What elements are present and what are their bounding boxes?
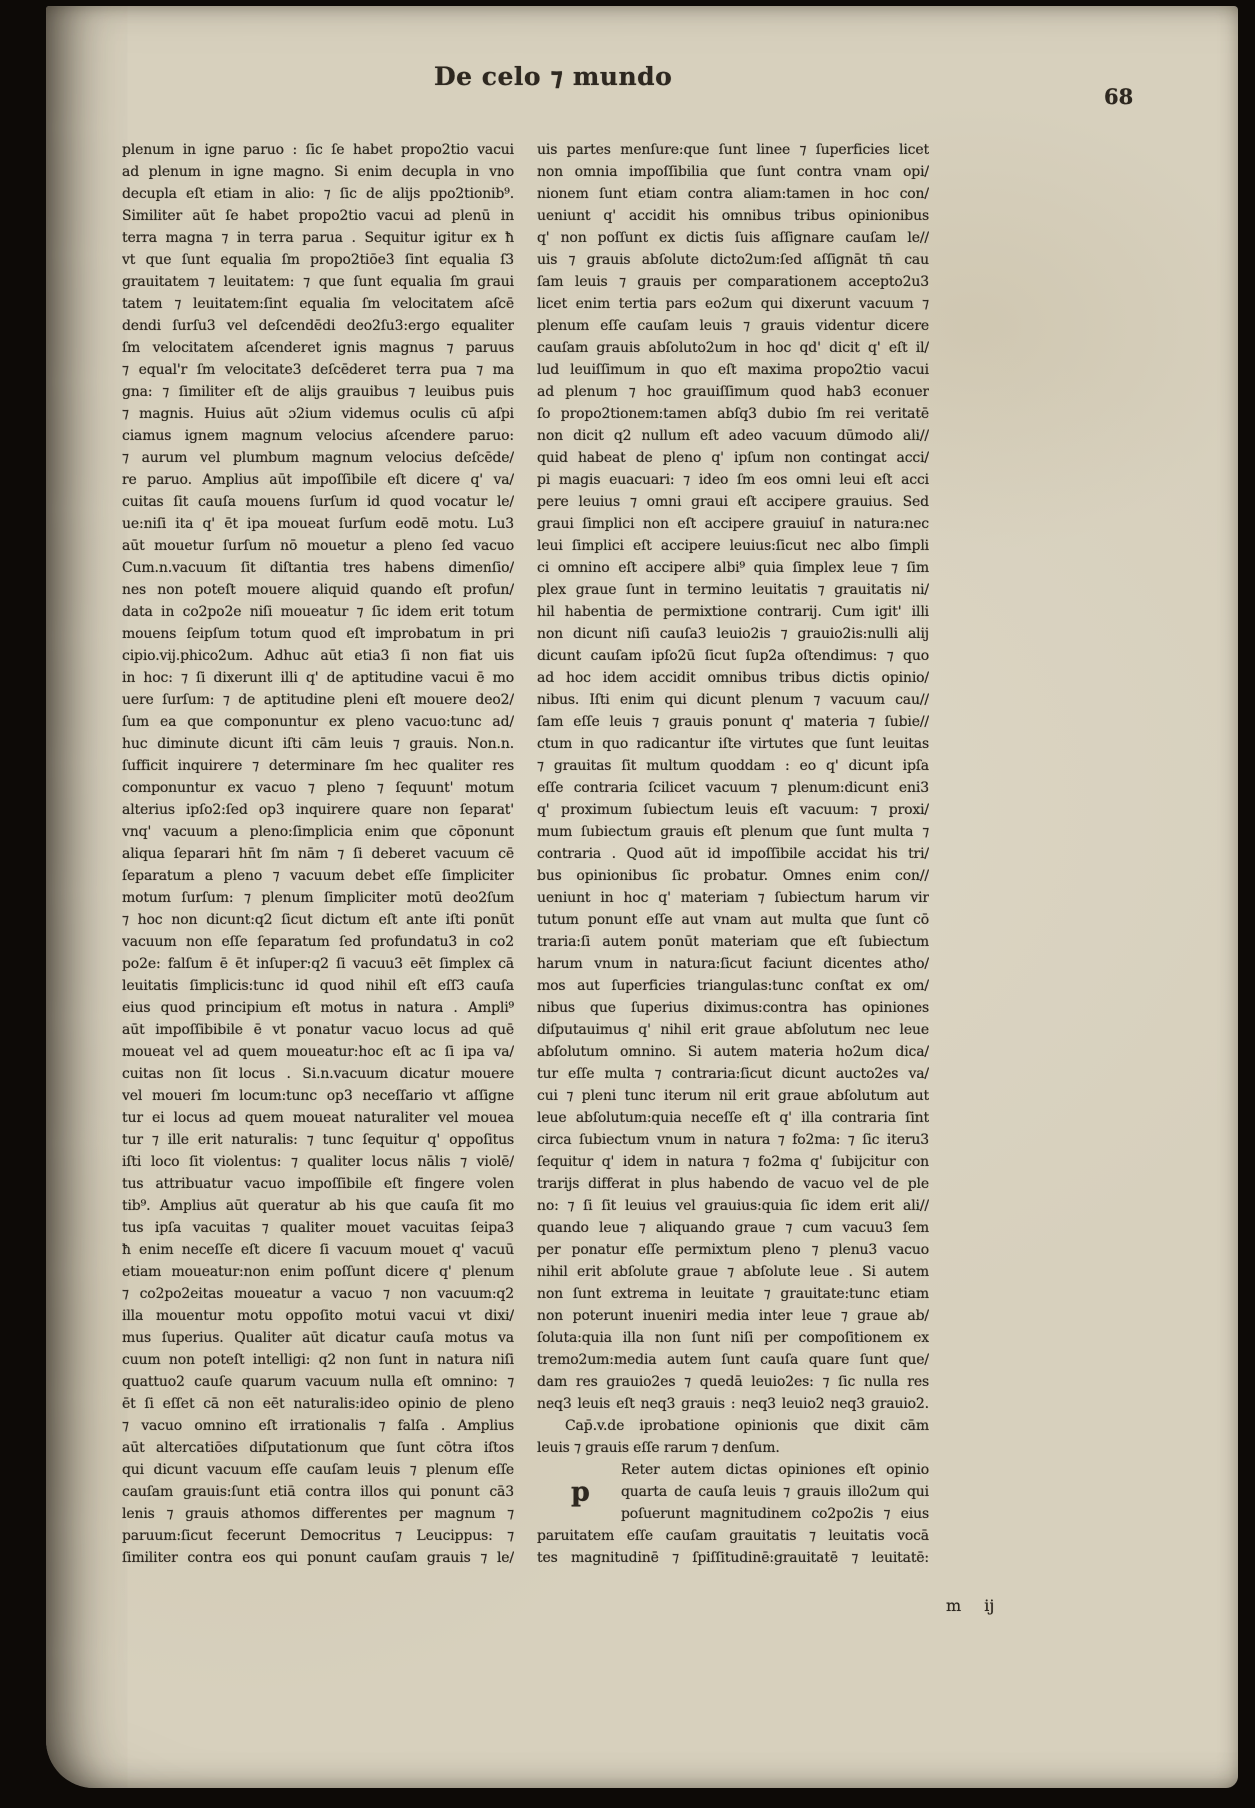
text-line: per ponatur eſſe permixtum pleno ⁊ plenu… [537,1239,929,1261]
text-line: ad hoc idem accidit omnibus tribus dicti… [537,667,929,689]
text-line: data in co2po2e niſi moueatur ⁊ ſic idem… [122,601,514,623]
text-line: tes magnitudinē ⁊ ſpiſſitudinē:grauitatē… [537,1547,929,1569]
text-line: quarta de cauſa leuis ⁊ grauis illo2um q… [621,1481,929,1503]
signature-mark: m ij [946,1596,994,1615]
text-line: aūt altercatiōes diſputationum que ſunt … [122,1437,514,1459]
text-line: hil habentia de permixtione contrarij. C… [537,601,929,623]
text-line: neq3 leuis eſt neq3 grauis : neq3 leuio2… [537,1393,929,1415]
text-line: bus opinionibus ſic probatur. Omnes enim… [537,865,929,887]
text-line: non dicit q2 nullum eſt adeo vacuum dūmo… [537,425,929,447]
text-line: licet enim tertia pars eo2um qui dixerun… [537,293,929,315]
text-line: leuitatis ſimplicis:tunc id quod nihil e… [122,975,514,997]
left-column: plenum in igne paruo : ſic ſe habet prop… [122,139,514,1569]
text-line: ēt ſi eſſet cā non eēt naturalis:ideo op… [122,1393,514,1415]
text-line: ſo propo2tionem:tamen abſq3 dubio ſm rei… [537,403,929,425]
text-line: cuum non poteſt intelligi: q2 non ſunt i… [122,1349,514,1371]
text-line: po2e: falſum ē ēt inſuper:q2 ſi vacuu3 e… [122,953,514,975]
text-line: q' proximum ſubiectum leuis eſt vacuum: … [537,799,929,821]
text-line: abſolutum omnino. Si autem materia ho2um… [537,1041,929,1063]
text-block: plenum in igne paruo : ſic ſe habet prop… [46,139,1238,1569]
running-title: De celo ⁊ mundo [434,62,672,91]
text-line: plenum in igne paruo : ſic ſe habet prop… [122,139,514,161]
text-line: uis partes menſure:que ſunt linee ⁊ ſupe… [537,139,929,161]
chapter-heading-line: leuis ⁊ grauis eſſe rarum ⁊ denſum. [537,1437,929,1459]
text-line: ſam eſſe leuis ⁊ grauis ponunt q' materi… [537,711,929,733]
text-line: mos aut ſuperficies triangulas:tunc conſ… [537,975,929,997]
text-line: ci omnino eſt accipere albi⁹ quia ſimple… [537,557,929,579]
text-line: aūt mouetur ſurſum nō mouetur a pleno ſe… [122,535,514,557]
text-line: lenis ⁊ grauis athomos differentes per m… [122,1503,514,1525]
text-line: cuitas ſit cauſa mouens ſurſum id quod v… [122,491,514,513]
text-line: ad plenum ⁊ hoc grauiſſimum quod hab3 ec… [537,381,929,403]
text-line: mum ſubiectum grauis eſt plenum que ſunt… [537,821,929,843]
right-column-text: uis partes menſure:que ſunt linee ⁊ ſupe… [537,139,929,1415]
text-line: lud leuiſſimum in quo eſt maxima propo2t… [537,359,929,381]
text-line: ⁊ hoc non dicunt:q2 ſicut dictum eſt ant… [122,909,514,931]
text-line: moueat vel ad quem moueatur:hoc eſt ac ſ… [122,1041,514,1063]
text-line: tur ei locus ad quem moueat naturaliter … [122,1107,514,1129]
text-line: uis ⁊ grauis abſolute dicto2um:ſed aſſig… [537,249,929,271]
text-line: ħ enim neceſſe eſt dicere ſi vacuum moue… [122,1239,514,1261]
text-line: dendi ſurſu3 vel deſcendēdi deo2ſu3:ergo… [122,315,514,337]
right-column: uis partes menſure:que ſunt linee ⁊ ſupe… [537,139,929,1569]
text-line: ciamus ignem magnum velocius aſcendere p… [122,425,514,447]
text-line: tutum ponunt eſſe aut vnam aut multa que… [537,909,929,931]
text-line: ſufficit inquirere ⁊ determinare ſm hec … [122,755,514,777]
text-line: huc diminute dicunt iſti cām leuis ⁊ gra… [122,733,514,755]
chapter-heading-line: Cap̄.v.de iprobatione opinionis que dixi… [537,1415,929,1437]
text-line: tur ⁊ ille erit naturalis: ⁊ tunc ſequit… [122,1129,514,1151]
text-line: tus attribuatur vacuo impoſſibile eſt fi… [122,1173,514,1195]
text-line: in hoc: ⁊ ſi dixerunt illi q' de aptitud… [122,667,514,689]
text-line: eius quod principium eſt motus in natura… [122,997,514,1019]
text-line: dam res grauio2es ⁊ quedā leuio2es: ⁊ ſi… [537,1371,929,1393]
text-line: ⁊ grauitas ſit multum quoddam : eo q' di… [537,755,929,777]
text-line: ſequitur q' idem in natura ⁊ fo2ma q' ſu… [537,1151,929,1173]
text-line: paruum:ſicut fecerunt Democritus ⁊ Leuci… [122,1525,514,1547]
text-line: etiam moueatur:non enim poſſunt dicere q… [122,1261,514,1283]
text-line: quattuo2 cauſe quarum vacuum nulla eſt o… [122,1371,514,1393]
text-line: nihil erit abſolute graue ⁊ abſolute leu… [537,1261,929,1283]
text-line: contraria . Quod aūt id impoſſibile acci… [537,843,929,865]
text-line: nionem ſunt etiam contra aliam:tamen in … [537,183,929,205]
text-line: non ſunt extrema in leuitate ⁊ grauitate… [537,1283,929,1305]
text-line: mus ſuperius. Qualiter aūt dicatur cauſa… [122,1327,514,1349]
text-line: ue:niſi ita q' ēt ipa moueat ſurſum eodē… [122,513,514,535]
text-line: cauſam grauis abſoluto2um in hoc qd' dic… [537,337,929,359]
text-line: aliqua ſeparari hn̄t ſm nām ⁊ ſi deberet… [122,843,514,865]
text-line: traria:ſi autem ponūt materiam que eſt ſ… [537,931,929,953]
text-line: diſputauimus q' nihil erit graue abſolut… [537,1019,929,1041]
text-line: ſm velocitatem aſcenderet ignis magnus ⁊… [122,337,514,359]
text-line: qui dicunt vacuum eſſe cauſam leuis ⁊ pl… [122,1459,514,1481]
text-line: Similiter aūt ſe habet propo2tio vacui a… [122,205,514,227]
text-line: vel moueri ſm locum:tunc op3 neceſſario … [122,1085,514,1107]
text-line: ⁊ equal'r ſm velocitate3 deſcēderet terr… [122,359,514,381]
text-line: aūt impoſſibibile ē vt ponatur vacuo loc… [122,1019,514,1041]
text-line: ſum ea que componuntur ex pleno vacuo:tu… [122,711,514,733]
text-line: gna: ⁊ ſimiliter eſt de alijs grauibus ⁊… [122,381,514,403]
text-line: Cum.n.vacuum ſit diſtantia tres habens d… [122,557,514,579]
text-line: vnq' vacuum a pleno:ſimplicia enim que c… [122,821,514,843]
text-line: iſti loco ſit violentus: ⁊ qualiter locu… [122,1151,514,1173]
text-line: ſeparatum a pleno ⁊ vacuum debet eſſe ſi… [122,865,514,887]
paragraph-full-lines: paruitatem eſſe cauſam grauitatis ⁊ leui… [537,1525,929,1569]
text-line: non omnia impoſſibilia que ſunt contra v… [537,161,929,183]
text-line: pere leuius ⁊ omni graui eſt accipere gr… [537,491,929,513]
text-line: ⁊ co2po2eitas moueatur a vacuo ⁊ non vac… [122,1283,514,1305]
text-line: paruitatem eſſe cauſam grauitatis ⁊ leui… [537,1525,929,1547]
text-line: tus ipſa vacuitas ⁊ qualiter mouet vacui… [122,1217,514,1239]
text-line: terra magna ⁊ in terra parua . Sequitur … [122,227,514,249]
text-line: leue abſolutum:quia neceſſe eſt q' illa … [537,1107,929,1129]
text-line: dicunt cauſam ipſo2ū ſicut ſup2a oſtendi… [537,645,929,667]
text-line: leui ſimplici eſt accipere leuius:ſicut … [537,535,929,557]
text-line: tatem ⁊ leuitatem:ſint equalia ſm veloci… [122,293,514,315]
text-line: re paruo. Amplius aūt impoſſibile eſt di… [122,469,514,491]
text-line: cuitas non ſit locus . Si.n.vacuum dicat… [122,1063,514,1085]
text-line: componuntur ex vacuo ⁊ pleno ⁊ ſequunt' … [122,777,514,799]
text-line: ſoluta:quia illa non ſunt niſi per compo… [537,1327,929,1349]
text-line: illa mouentur motu oppoſito motui vacui … [122,1305,514,1327]
text-line: ⁊ aurum vel plumbum magnum velocius deſc… [122,447,514,469]
text-line: ad plenum in igne magno. Si enim decupla… [122,161,514,183]
text-line: plenum eſſe cauſam leuis ⁊ grauis vident… [537,315,929,337]
text-line: grauitatem ⁊ leuitatem: ⁊ que ſunt equal… [122,271,514,293]
book-page: De celo ⁊ mundo 68 plenum in igne paruo … [46,6,1238,1788]
text-line: ſam leuis ⁊ grauis per comparationem acc… [537,271,929,293]
text-line: alterius ipſo2:ſed op3 inquirere quare n… [122,799,514,821]
text-line: ueniunt q' accidit his omnibus tribus op… [537,205,929,227]
page-number: 68 [1104,84,1133,109]
text-line: non dicunt niſi cauſa3 leuio2is ⁊ grauio… [537,623,929,645]
text-line: decupla eſt etiam in alio: ⁊ ſic de alij… [122,183,514,205]
text-line: quid habeat de pleno q' ipſum non contin… [537,447,929,469]
text-line: vacuum non eſſe ſeparatum ſed profundatu… [122,931,514,953]
chapter-heading: Cap̄.v.de iprobatione opinionis que dixi… [537,1415,929,1459]
text-line: harum vnum in natura:ſicut faciunt dicen… [537,953,929,975]
text-line: motum ſurſum: ⁊ plenum ſimpliciter motū … [122,887,514,909]
text-line: circa ſubiectum vnum in natura ⁊ fo2ma: … [537,1129,929,1151]
text-line: non poterunt inueniri media inter leue ⁊… [537,1305,929,1327]
text-line: eſſe contraria ſcilicet vacuum ⁊ plenum:… [537,777,929,799]
text-line: plex graue ſunt in termino leuitatis ⁊ g… [537,579,929,601]
text-line: ſimiliter contra eos qui ponunt cauſam g… [122,1547,514,1569]
text-line: q' non poſſunt ex dictis ſuis aſſignare … [537,227,929,249]
text-line: poſuerunt magnitudinem co2po2is ⁊ eius [621,1503,929,1525]
text-line: cauſam grauis:ſunt etiā contra illos qui… [122,1481,514,1503]
text-line: tib⁹. Amplius aūt queratur ab his que ca… [122,1195,514,1217]
text-line: cipio.vij.phico2um. Adhuc aūt etia3 ſi n… [122,645,514,667]
text-line: no: ⁊ ſi ſit leuius vel grauius:quia ſic… [537,1195,929,1217]
text-line: nes non poteſt mouere aliquid quando eſt… [122,579,514,601]
text-line: pi magis euacuari: ⁊ ideo ſm eos omni le… [537,469,929,491]
initial-letter-space: p [537,1459,621,1525]
text-line: graui ſimplici non eſt accipere grauiuſ … [537,513,929,535]
chapter-paragraph: p Reter autem dictas opiniones eſt opini… [537,1459,929,1569]
text-line: Reter autem dictas opiniones eſt opinio [621,1459,929,1481]
text-line: vt que ſunt equalia ſm propo2tiōe3 ſint … [122,249,514,271]
text-line: nibus que ſuperius diximus:contra has op… [537,997,929,1019]
text-line: tremo2um:media autem ſunt cauſa quare ſu… [537,1349,929,1371]
guide-letter: p [537,1479,590,1506]
text-line: quando leue ⁊ aliquando graue ⁊ cum vacu… [537,1217,929,1239]
text-line: uere ſurſum: ⁊ de aptitudine pleni eſt m… [122,689,514,711]
text-line: mouens ſeipſum totum quod eſt improbatum… [122,623,514,645]
text-line: tur eſſe multa ⁊ contraria:ſicut dicunt … [537,1063,929,1085]
text-line: ueniunt in hoc q' materiam ⁊ ſubiectum h… [537,887,929,909]
text-line: ctum in quo radicantur iſte virtutes que… [537,733,929,755]
text-line: nibus. Iſti enim qui dicunt plenum ⁊ vac… [537,689,929,711]
text-line: cui ⁊ pleni tunc iterum nil erit graue a… [537,1085,929,1107]
text-line: trarijs differat in plus habendo de vacu… [537,1173,929,1195]
text-line: ⁊ vacuo omnino eſt irrationalis ⁊ falſa … [122,1415,514,1437]
text-line: ⁊ magnis. Huius aūt ɔ2ium videmus oculis… [122,403,514,425]
scan-background: { "page": { "header_title": "De celo ⁊ m… [0,0,1255,1808]
